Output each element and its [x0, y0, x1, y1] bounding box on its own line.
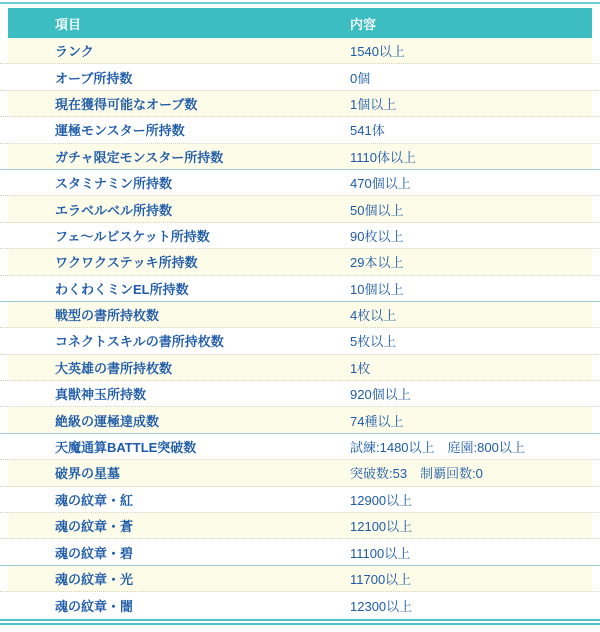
item-cell: 魂の紋章・碧 — [0, 543, 348, 562]
table-row: 絶級の運極達成数74種以上 — [0, 407, 600, 433]
table-row: 運極モンスター所持数541体 — [0, 117, 600, 143]
item-cell: わくわくミンEL所持数 — [0, 279, 348, 298]
value-cell: 1540以上 — [348, 41, 600, 60]
table-row: 現在獲得可能なオーブ数1個以上 — [0, 91, 600, 117]
table-row: エラベルベル所持数50個以上 — [0, 196, 600, 222]
stats-table: 項目 内容 ランク1540以上オーブ所持数0個現在獲得可能なオーブ数1個以上運極… — [0, 8, 600, 619]
value-cell: 1個以上 — [348, 94, 600, 113]
value-cell: 12300以上 — [348, 596, 600, 615]
table-row: コネクトスキルの書所持枚数5枚以上 — [0, 328, 600, 354]
value-cell: 470個以上 — [348, 173, 600, 192]
value-cell: 74種以上 — [348, 411, 600, 430]
table-row: 破界の星墓突破数:53 制覇回数:0 — [0, 460, 600, 486]
table-row: 天魔通算BATTLE突破数試練:1480以上 庭園:800以上 — [0, 434, 600, 460]
item-cell: 現在獲得可能なオーブ数 — [0, 94, 348, 113]
table-row: 大英雄の書所持枚数1枚 — [0, 355, 600, 381]
header-value-column: 内容 — [348, 14, 600, 33]
header-item-column: 項目 — [0, 14, 348, 33]
table-row: ガチャ限定モンスター所持数1110体以上 — [0, 144, 600, 170]
value-cell: 突破数:53 制覇回数:0 — [348, 463, 600, 482]
item-cell: 破界の星墓 — [0, 463, 348, 482]
value-cell: 12100以上 — [348, 516, 600, 535]
item-cell: フェ～ルビスケット所持数 — [0, 226, 348, 245]
table-row: 魂の紋章・蒼12100以上 — [0, 513, 600, 539]
value-cell: 29本以上 — [348, 252, 600, 271]
item-cell: 魂の紋章・闇 — [0, 596, 348, 615]
item-cell: エラベルベル所持数 — [0, 200, 348, 219]
table-row: 戦型の書所持枚数4枚以上 — [0, 302, 600, 328]
table-row: フェ～ルビスケット所持数90枚以上 — [0, 223, 600, 249]
item-cell: オーブ所持数 — [0, 68, 348, 87]
table-row: 魂の紋章・光11700以上 — [0, 566, 600, 592]
table-row: わくわくミンEL所持数10個以上 — [0, 276, 600, 302]
table-row: 魂の紋章・闇12300以上 — [0, 592, 600, 618]
value-cell: 試練:1480以上 庭園:800以上 — [348, 437, 600, 456]
value-cell: 10個以上 — [348, 279, 600, 298]
item-cell: 魂の紋章・蒼 — [0, 516, 348, 535]
value-cell: 90枚以上 — [348, 226, 600, 245]
value-cell: 11100以上 — [348, 543, 600, 562]
stats-table-page: 項目 内容 ランク1540以上オーブ所持数0個現在獲得可能なオーブ数1個以上運極… — [0, 2, 600, 632]
bottom-divider — [0, 619, 600, 625]
value-cell: 1枚 — [348, 358, 600, 377]
top-divider — [0, 2, 600, 4]
table-row: 真獣神玉所持数920個以上 — [0, 381, 600, 407]
item-cell: ワクワクステッキ所持数 — [0, 252, 348, 271]
table-row: ランク1540以上 — [0, 38, 600, 64]
value-cell: 12900以上 — [348, 490, 600, 509]
item-cell: ガチャ限定モンスター所持数 — [0, 147, 348, 166]
value-cell: 541体 — [348, 120, 600, 139]
table-header-row: 項目 内容 — [0, 8, 600, 38]
item-cell: 魂の紋章・紅 — [0, 490, 348, 509]
table-body: ランク1540以上オーブ所持数0個現在獲得可能なオーブ数1個以上運極モンスター所… — [0, 38, 600, 619]
item-cell: コネクトスキルの書所持枚数 — [0, 331, 348, 350]
value-cell: 1110体以上 — [348, 147, 600, 166]
table-row: ワクワクステッキ所持数29本以上 — [0, 249, 600, 275]
value-cell: 5枚以上 — [348, 331, 600, 350]
value-cell: 4枚以上 — [348, 305, 600, 324]
table-row: 魂の紋章・碧11100以上 — [0, 539, 600, 565]
item-cell: 戦型の書所持枚数 — [0, 305, 348, 324]
value-cell: 50個以上 — [348, 200, 600, 219]
table-row: オーブ所持数0個 — [0, 64, 600, 90]
value-cell: 11700以上 — [348, 569, 600, 588]
value-cell: 920個以上 — [348, 384, 600, 403]
table-row: スタミナミン所持数470個以上 — [0, 170, 600, 196]
item-cell: 天魔通算BATTLE突破数 — [0, 437, 348, 456]
item-cell: 大英雄の書所持枚数 — [0, 358, 348, 377]
item-cell: 絶級の運極達成数 — [0, 411, 348, 430]
item-cell: 真獣神玉所持数 — [0, 384, 348, 403]
item-cell: 魂の紋章・光 — [0, 569, 348, 588]
item-cell: 運極モンスター所持数 — [0, 120, 348, 139]
item-cell: ランク — [0, 41, 348, 60]
table-row: 魂の紋章・紅12900以上 — [0, 487, 600, 513]
value-cell: 0個 — [348, 68, 600, 87]
item-cell: スタミナミン所持数 — [0, 173, 348, 192]
